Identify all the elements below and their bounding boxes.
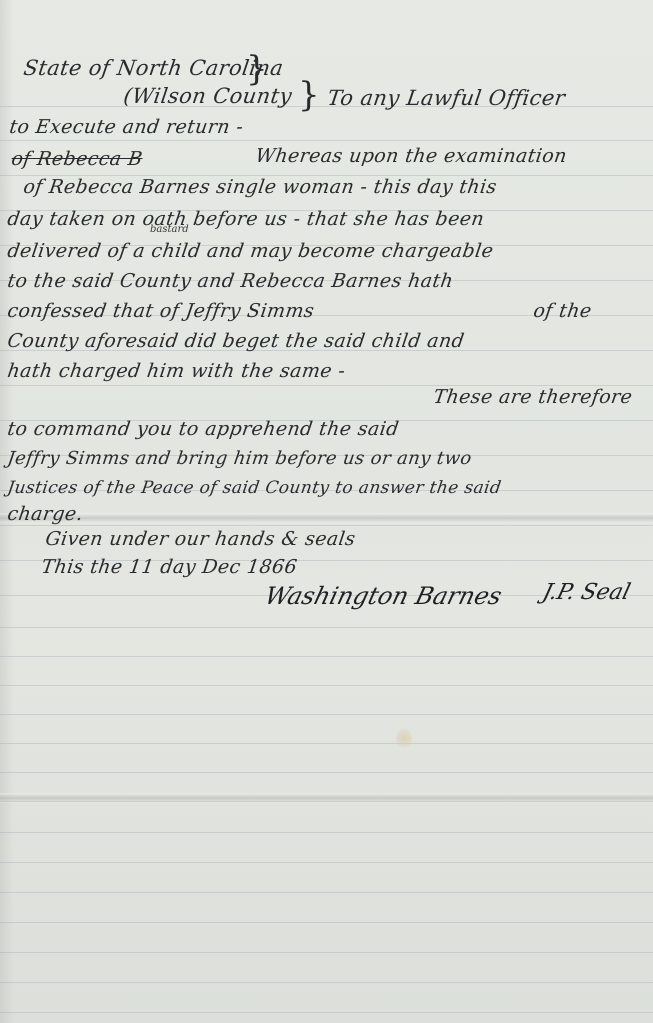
heading-addressee: To any Lawful Officer — [326, 86, 567, 110]
paper-fold — [0, 793, 653, 803]
closing-date: This the 11 day Dec 1866 — [40, 556, 299, 578]
struck-text: of Rebecca B — [10, 148, 144, 170]
heading-execute: to Execute and return - — [8, 116, 245, 138]
ruled-line — [0, 743, 653, 744]
body-line-8: hath charged him with the same - — [6, 360, 347, 382]
body-line-6b: of the — [532, 300, 593, 322]
signature-seal: J.P. Seal — [540, 580, 633, 605]
body-line-6: confessed that of Jeffry Simms — [6, 300, 316, 322]
heading-county: (Wilson County — [122, 84, 293, 108]
ruled-line — [0, 862, 653, 863]
body-line-5: to the said County and Rebecca Barnes ha… — [6, 270, 455, 292]
body-line-9: These are therefore — [432, 386, 634, 408]
body-line-13: charge. — [6, 503, 85, 525]
body-line-12: Justices of the Peace of said County to … — [6, 478, 503, 498]
brace-mark: } — [298, 78, 320, 112]
document-page: State of North Carolina } (Wilson County… — [0, 0, 653, 1023]
ruled-line — [0, 627, 653, 628]
insertion-above: bastard — [150, 224, 189, 235]
brace-mark: } — [246, 52, 268, 86]
paper-stain — [396, 728, 412, 748]
body-line-1: Whereas upon the examination — [254, 145, 568, 167]
ruled-line — [0, 952, 653, 953]
body-line-2: of Rebecca Barnes single woman - this da… — [22, 176, 498, 198]
closing-given: Given under our hands & seals — [44, 528, 357, 550]
ruled-line — [0, 922, 653, 923]
body-line-10: to command you to apprehend the said — [6, 418, 400, 440]
body-line-4: delivered of a child and may become char… — [6, 240, 495, 262]
ruled-line — [0, 982, 653, 983]
body-line-3: day taken on oath before us - that she h… — [6, 208, 486, 230]
body-line-11: Jeffry Simms and bring him before us or … — [6, 448, 473, 469]
ruled-line — [0, 772, 653, 773]
ruled-line — [0, 1012, 653, 1013]
ruled-line — [0, 832, 653, 833]
ruled-line — [0, 892, 653, 893]
body-line-7: County aforesaid did beget the said chil… — [6, 330, 466, 352]
ruled-line — [0, 685, 653, 686]
signature-name: Washington Barnes — [262, 582, 505, 610]
ruled-line — [0, 656, 653, 657]
ruled-line — [0, 140, 653, 141]
ruled-line — [0, 525, 653, 526]
paper-fold — [0, 513, 653, 523]
ruled-line — [0, 714, 653, 715]
